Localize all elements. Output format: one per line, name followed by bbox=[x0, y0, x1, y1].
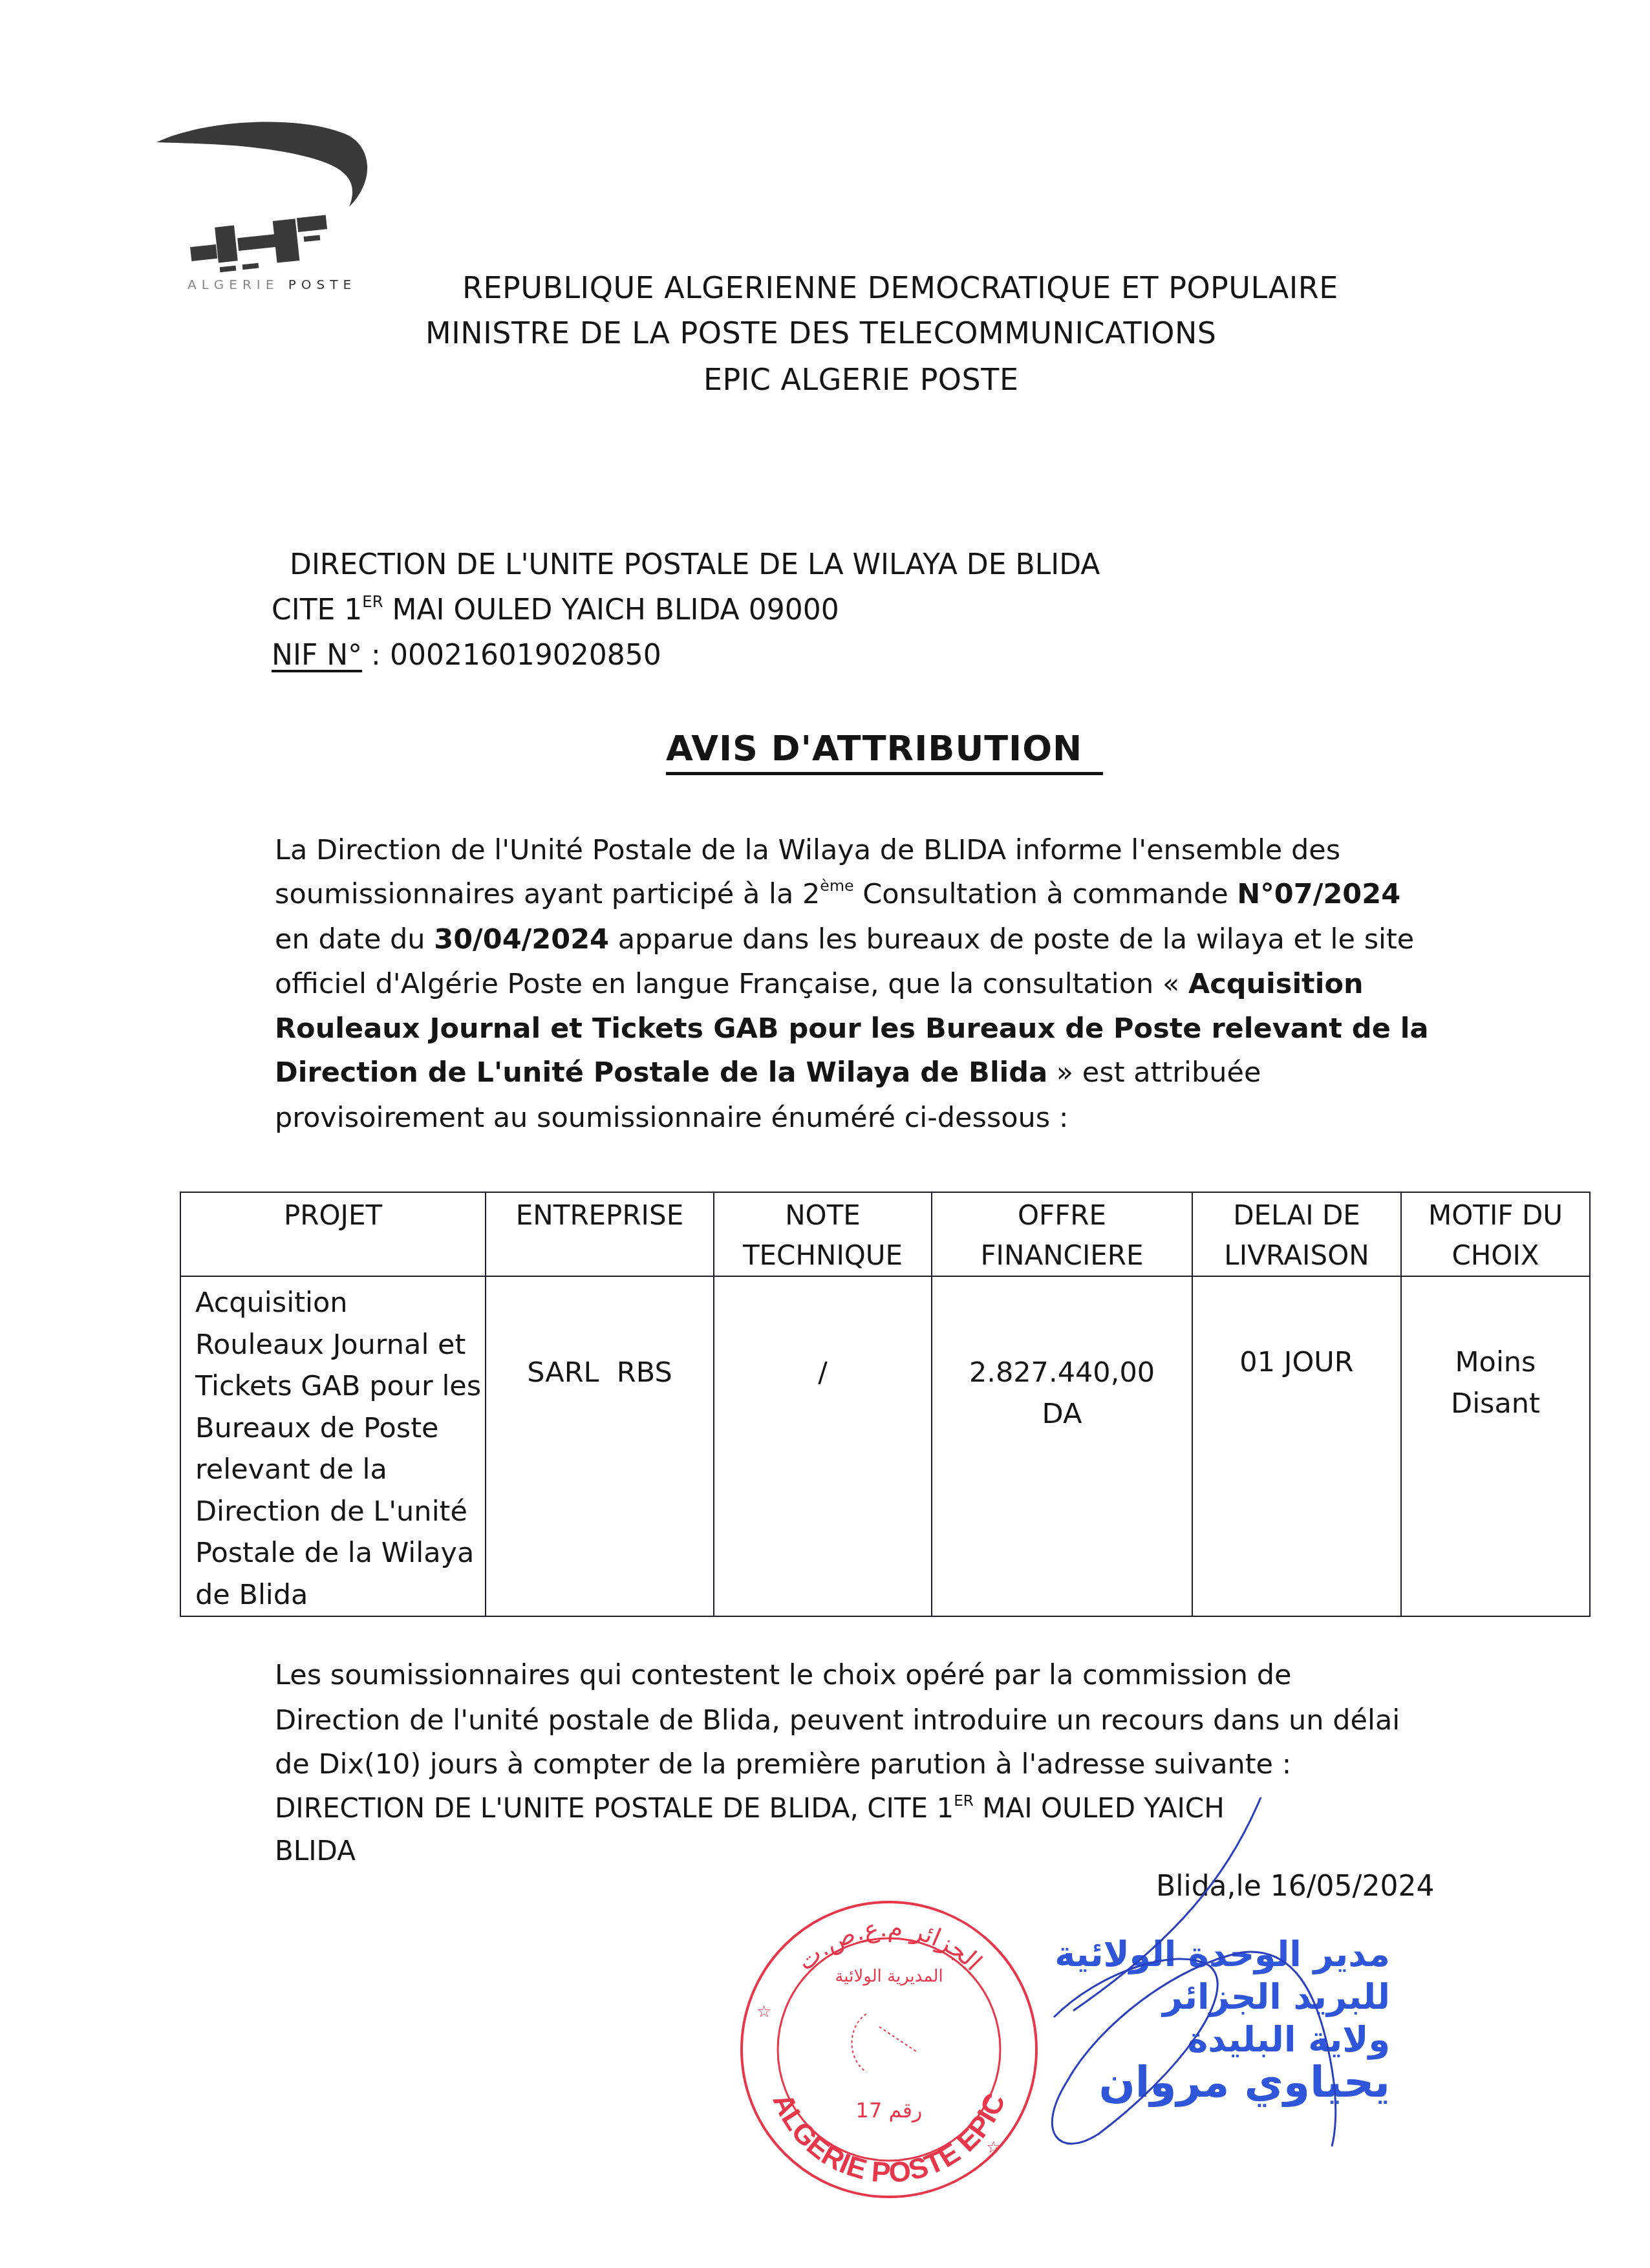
logo-text-light: ALGERIE bbox=[187, 277, 288, 292]
intro-line-1: La Direction de l'Unité Postale de la Wi… bbox=[275, 834, 1340, 866]
document-title: AVIS D'ATTRIBUTION bbox=[666, 728, 1082, 769]
logo-wordmark: ALGERIE POSTE bbox=[187, 277, 356, 292]
offre-amount: 2.827.440,00 bbox=[969, 1356, 1155, 1389]
header-label: LIVRAISON bbox=[1224, 1239, 1369, 1271]
direction-nif: NIF N° : 000216019020850 bbox=[272, 639, 661, 672]
cell-note-technique: / bbox=[714, 1276, 932, 1616]
closing-superscript: ER bbox=[954, 1793, 974, 1810]
header-label: TECHNIQUE bbox=[743, 1239, 903, 1271]
stamp-number: 17 رقم bbox=[856, 2098, 923, 2123]
table-row: Acquisition Rouleaux Journal et Tickets … bbox=[180, 1276, 1590, 1616]
header-motif-choix: MOTIF DUCHOIX bbox=[1401, 1192, 1590, 1276]
date-line: Blida,le 16/05/2024 bbox=[1156, 1870, 1434, 1903]
intro-project-bold: Acquisition bbox=[1188, 968, 1364, 1000]
director-name: يحياوي مروان bbox=[950, 2061, 1390, 2104]
title-underline bbox=[666, 772, 1103, 775]
header-label: MOTIF DU bbox=[1428, 1199, 1563, 1231]
header-label: OFFRE bbox=[1018, 1199, 1106, 1231]
intro-superscript: ème bbox=[820, 877, 853, 895]
algerie-poste-logo-icon bbox=[155, 97, 388, 291]
director-org: للبريد الجزائر bbox=[950, 1976, 1390, 2018]
motif-text: Disant bbox=[1451, 1387, 1540, 1420]
closing-line-3: de Dix(10) jours à compter de la premièr… bbox=[275, 1748, 1291, 1781]
director-stamp-arabic: مدير الوحدة الولائية للبريد الجزائر ولاي… bbox=[950, 1933, 1390, 2104]
header-note-technique: NOTETECHNIQUE bbox=[714, 1192, 932, 1276]
director-title: مدير الوحدة الولائية bbox=[950, 1933, 1390, 1976]
intro-text: soumissionnaires ayant participé à la 2 bbox=[275, 878, 820, 910]
intro-line-6: Direction de L'unité Postale de la Wilay… bbox=[275, 1056, 1261, 1089]
header-epic: EPIC ALGERIE POSTE bbox=[703, 362, 1018, 397]
header-label: NOTE bbox=[785, 1199, 861, 1231]
header-projet: PROJET bbox=[180, 1192, 486, 1276]
header-label: PROJET bbox=[284, 1199, 382, 1231]
header-ministry: MINISTRE DE LA POSTE DES TELECOMMUNICATI… bbox=[425, 316, 1217, 350]
header-delai-livraison: DELAI DELIVRAISON bbox=[1192, 1192, 1401, 1276]
header-label: FINANCIERE bbox=[980, 1239, 1143, 1271]
director-wilaya: ولاية البليدة bbox=[950, 2018, 1390, 2061]
closing-line-1: Les soumissionnaires qui contestent le c… bbox=[275, 1659, 1291, 1691]
nif-label: NIF N° bbox=[272, 639, 362, 672]
stamp-inner-text: المديرية الولائية bbox=[835, 1967, 943, 1986]
intro-text: en date du bbox=[275, 923, 434, 956]
intro-project-bold: Direction de L'unité Postale de la Wilay… bbox=[275, 1056, 1047, 1089]
intro-text: Consultation à commande bbox=[853, 878, 1237, 910]
intro-line-3: en date du 30/04/2024 apparue dans les b… bbox=[275, 923, 1414, 956]
closing-line-2: Direction de l'unité postale de Blida, p… bbox=[275, 1704, 1400, 1737]
table-header-row: PROJET ENTREPRISE NOTETECHNIQUE OFFREFIN… bbox=[180, 1192, 1590, 1276]
header-label: ENTREPRISE bbox=[516, 1199, 683, 1231]
header-republic: REPUBLIQUE ALGERIENNE DEMOCRATIQUE ET PO… bbox=[462, 270, 1338, 305]
stamp-star-icon: ☆ bbox=[756, 2002, 771, 2022]
header-label: CHOIX bbox=[1452, 1239, 1539, 1271]
header-label: DELAI DE bbox=[1233, 1199, 1360, 1231]
offre-currency: DA bbox=[1042, 1398, 1082, 1430]
intro-line-7: provisoirement au soumissionnaire énumér… bbox=[275, 1102, 1068, 1134]
address-superscript: ER bbox=[362, 593, 383, 611]
header-entreprise: ENTREPRISE bbox=[486, 1192, 714, 1276]
intro-text: apparue dans les bureaux de poste de la … bbox=[609, 923, 1414, 956]
direction-address: CITE 1ER MAI OULED YAICH BLIDA 09000 bbox=[272, 594, 839, 626]
consultation-date: 30/04/2024 bbox=[434, 923, 609, 956]
address-part: CITE 1 bbox=[272, 594, 362, 626]
stamp-star-icon: ☆ bbox=[986, 2138, 1001, 2157]
award-table: PROJET ENTREPRISE NOTETECHNIQUE OFFREFIN… bbox=[180, 1192, 1591, 1617]
direction-name: DIRECTION DE L'UNITE POSTALE DE LA WILAY… bbox=[290, 548, 1100, 581]
cell-projet: Acquisition Rouleaux Journal et Tickets … bbox=[180, 1276, 486, 1616]
header-offre-financiere: OFFREFINANCIERE bbox=[932, 1192, 1192, 1276]
cell-delai: 01 JOUR bbox=[1192, 1276, 1401, 1616]
intro-text: » est attribuée bbox=[1047, 1056, 1261, 1089]
consultation-number: N°07/2024 bbox=[1237, 878, 1400, 910]
address-part: MAI OULED YAICH BLIDA 09000 bbox=[383, 594, 839, 626]
closing-line-5: BLIDA bbox=[275, 1835, 356, 1867]
cell-entreprise: SARL RBS bbox=[486, 1276, 714, 1616]
intro-text: officiel d'Algérie Poste en langue Franç… bbox=[275, 968, 1188, 1000]
intro-line-4: officiel d'Algérie Poste en langue Franç… bbox=[275, 968, 1364, 1000]
closing-line-4: DIRECTION DE L'UNITE POSTALE DE BLIDA, C… bbox=[275, 1792, 1225, 1824]
closing-address: DIRECTION DE L'UNITE POSTALE DE BLIDA, C… bbox=[275, 1792, 954, 1824]
cell-motif: MoinsDisant bbox=[1401, 1276, 1590, 1616]
logo-text-dark: POSTE bbox=[288, 277, 356, 292]
intro-line-5: Rouleaux Journal et Tickets GAB pour les… bbox=[275, 1012, 1429, 1045]
intro-line-2: soumissionnaires ayant participé à la 2è… bbox=[275, 878, 1400, 910]
motif-text: Moins bbox=[1455, 1346, 1536, 1378]
closing-address: MAI OULED YAICH bbox=[974, 1792, 1225, 1824]
cell-offre-financiere: 2.827.440,00DA bbox=[932, 1276, 1192, 1616]
nif-value: : 000216019020850 bbox=[362, 639, 661, 672]
